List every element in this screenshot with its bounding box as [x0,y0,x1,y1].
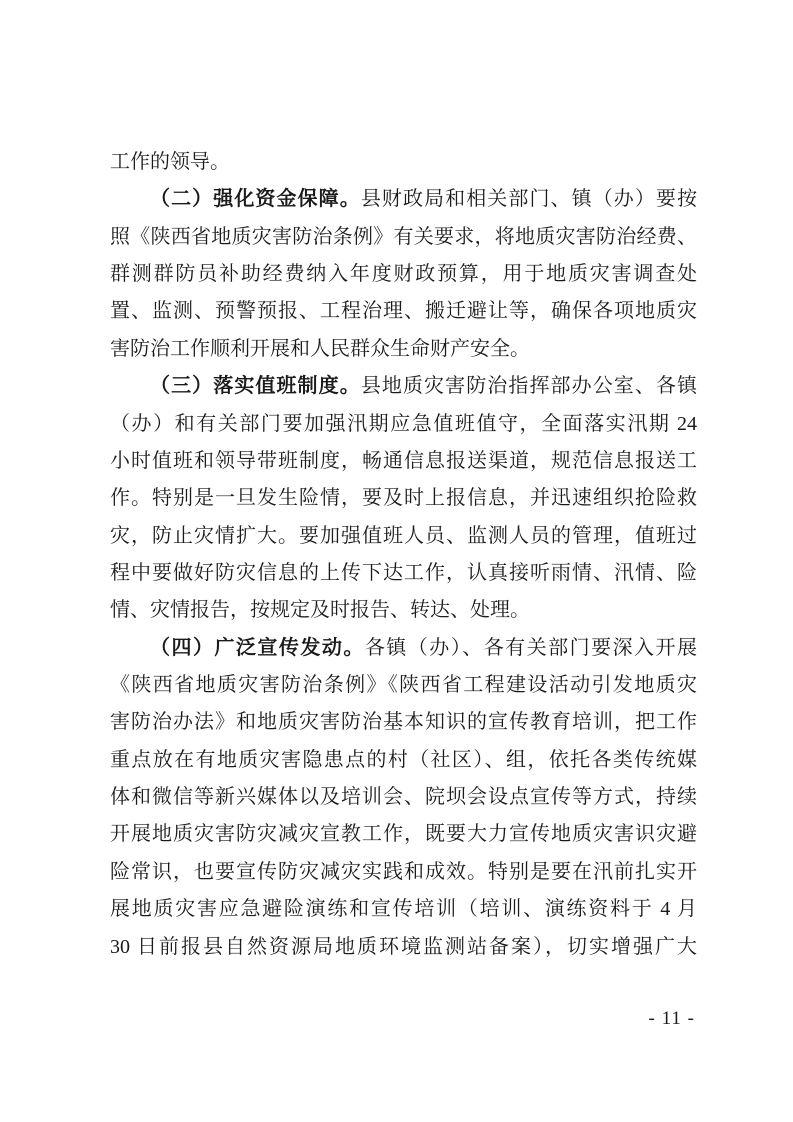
document-body: 工作的领导。 （二）强化资金保障。县财政局和相关部门、镇（办）要按 照《陕西省地… [110,144,697,966]
text-line: 重点放在有地质灾害隐患点的村（社区）、组，依托各类传统媒 [110,742,697,779]
section-heading: （二）强化资金保障。 [150,188,361,210]
text-line: 程中要做好防灾信息的上传下达工作，认真接听雨情、汛情、险 [110,555,697,592]
text-line: 体和微信等新兴媒体以及培训会、院坝会设点宣传等方式，持续 [110,779,697,816]
text-line: 展地质灾害应急避险演练和宣传培训（培训、演练资料于 4 月 [110,891,697,928]
page-number: - 11 - [649,1007,695,1030]
text-line: （三）落实值班制度。县地质灾害防治指挥部办公室、各镇 [110,368,697,405]
section-heading: （三）落实值班制度。 [150,375,361,397]
text-line: 开展地质灾害防灾减灾宣教工作，既要大力宣传地质灾害识灾避 [110,816,697,853]
text-line: 照《陕西省地质灾害防治条例》有关要求，将地质灾害防治经费、 [110,219,697,256]
text-line: （办）和有关部门要加强汛期应急值班值守，全面落实汛期 24 [110,406,697,443]
text-line: 情、灾情报告，按规定及时报告、转达、处理。 [110,592,697,629]
paragraph-text: 县地质灾害防治指挥部办公室、各镇 [361,375,697,397]
text-line: （二）强化资金保障。县财政局和相关部门、镇（办）要按 [110,181,697,218]
text-line: 害防治办法》和地质灾害防治基本知识的宣传教育培训，把工作 [110,704,697,741]
text-line: 灾，防止灾情扩大。要加强值班人员、监测人员的管理，值班过 [110,518,697,555]
text-line: 30 日前报县自然资源局地质环境监测站备案），切实增强广大 [110,929,697,966]
paragraph-text: 县财政局和相关部门、镇（办）要按 [361,188,697,210]
text-line: 《陕西省地质灾害防治条例》《陕西省工程建设活动引发地质灾 [110,667,697,704]
text-line: 小时值班和领导带班制度，畅通信息报送渠道，规范信息报送工 [110,443,697,480]
text-line: （四）广泛宣传发动。各镇（办）、各有关部门要深入开展 [110,630,697,667]
text-line: 作。特别是一旦发生险情，要及时上报信息，并迅速组织抢险救 [110,480,697,517]
paragraph-text: 各镇（办）、各有关部门要深入开展 [365,637,697,659]
text-line: 群测群防员补助经费纳入年度财政预算，用于地质灾害调查处 [110,256,697,293]
text-line: 害防治工作顺利开展和人民群众生命财产安全。 [110,331,697,368]
document-page: 工作的领导。 （二）强化资金保障。县财政局和相关部门、镇（办）要按 照《陕西省地… [0,0,793,1122]
text-line: 工作的领导。 [110,144,697,181]
section-heading: （四）广泛宣传发动。 [150,637,365,659]
text-line: 置、监测、预警预报、工程治理、搬迁避让等，确保各项地质灾 [110,293,697,330]
text-line: 险常识，也要宣传防灾减灾实践和成效。特别是要在汛前扎实开 [110,854,697,891]
